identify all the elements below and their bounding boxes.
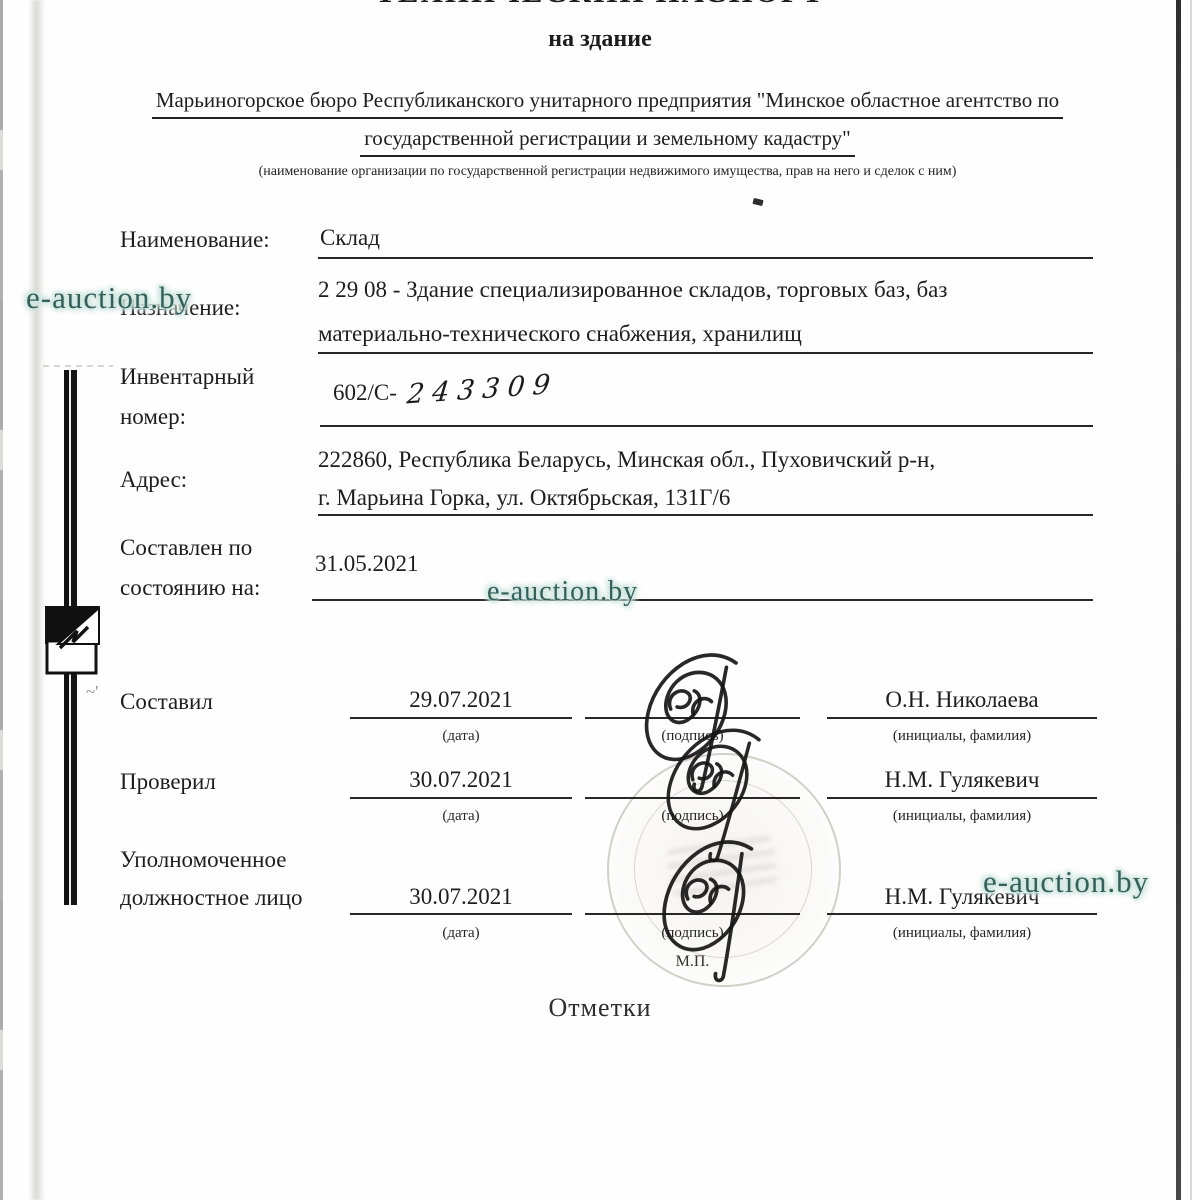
signer-name-2: Н.М. Гулякевич (827, 767, 1097, 793)
inventory-number-handwritten: 243309 (405, 369, 559, 411)
signer-name-1: О.Н. Николаева (827, 687, 1097, 713)
caption-date-1: (дата) (350, 728, 572, 745)
scan-right-edge-line (1176, 0, 1181, 1200)
field-name-rule (318, 257, 1093, 259)
field-asof-label-line1: Составлен по (120, 535, 252, 561)
signer-role-3-line2: должностное лицо (120, 885, 303, 911)
caption-date-3: (дата) (350, 925, 572, 942)
field-inventory-label-line2: номер: (120, 404, 186, 430)
field-purpose-value-line2: материально-технического снабжения, хран… (318, 321, 802, 347)
field-address-value-line2: г. Марьина Горка, ул. Октябрьская, 131Г/… (318, 485, 730, 511)
inventory-prefix: 602/С- (333, 380, 397, 405)
scan-right-edge-highlight (1190, 0, 1192, 1200)
signer-role-1: Составил (120, 689, 213, 715)
scanned-technical-passport-page: ~' ТЕХНИЧЕСКИЙ ПАСПОРТ на здание Марьино… (0, 0, 1200, 1200)
caption-name-1: (инициалы, фамилия) (827, 728, 1097, 745)
watermark-e-auction: e-auction.by (983, 864, 1149, 900)
notes-heading: Отметки (0, 993, 1200, 1023)
date-rule-3 (350, 913, 572, 915)
field-asof-label-line2: состоянию на: (120, 575, 260, 601)
signer-date-1: 29.07.2021 (350, 687, 572, 713)
name-rule-3 (827, 913, 1097, 915)
field-address-rule (318, 514, 1093, 516)
caption-name-2: (инициалы, фамилия) (827, 808, 1097, 825)
field-address-value-line1: 222860, Республика Беларусь, Минская обл… (318, 447, 935, 473)
organization-line-1: Марьиногорское бюро Республиканского уни… (100, 88, 1115, 119)
field-name-label: Наименование: (120, 227, 270, 253)
field-asof-value: 31.05.2021 (315, 551, 419, 577)
field-purpose-rule (318, 352, 1093, 354)
document-title-clipped: ТЕХНИЧЕСКИЙ ПАСПОРТ (0, 0, 1200, 10)
scan-faint-dash (43, 365, 113, 367)
organization-line-2: государственной регистрации и земельному… (100, 126, 1115, 157)
watermark-e-auction: e-auction.by (26, 280, 192, 316)
field-address-label: Адрес: (120, 467, 187, 493)
date-rule-2 (350, 797, 572, 799)
caption-date-2: (дата) (350, 808, 572, 825)
signer-date-2: 30.07.2021 (350, 767, 572, 793)
margin-squiggle-mark: ~' (86, 682, 98, 702)
organization-block: Марьиногорское бюро Республиканского уни… (100, 88, 1115, 180)
name-rule-1 (827, 717, 1097, 719)
signer-role-3-line1: Уполномоченное (120, 847, 286, 873)
field-inventory-label-line1: Инвентарный (120, 364, 254, 390)
field-asof-rule (312, 599, 1093, 601)
watermark-e-auction: e-auction.by (487, 576, 638, 608)
signer-role-2: Проверил (120, 769, 216, 795)
field-inventory-rule (320, 425, 1093, 427)
signer-date-3: 30.07.2021 (350, 884, 572, 910)
scan-ink-speck (752, 198, 763, 206)
date-rule-1 (350, 717, 572, 719)
field-name-value: Склад (320, 225, 380, 251)
name-rule-2 (827, 797, 1097, 799)
fold-corner-marker-icon (44, 604, 102, 676)
signature-scribble-3 (628, 832, 788, 992)
scan-left-edge-line (0, 0, 3, 1200)
field-purpose-value-line1: 2 29 08 - Здание специализированное скла… (318, 277, 947, 303)
field-inventory-value: 602/С-243309 (333, 374, 558, 406)
document-subtitle: на здание (0, 26, 1200, 53)
organization-note: (наименование организации по государстве… (100, 164, 1115, 180)
caption-name-3: (инициалы, фамилия) (827, 925, 1097, 942)
